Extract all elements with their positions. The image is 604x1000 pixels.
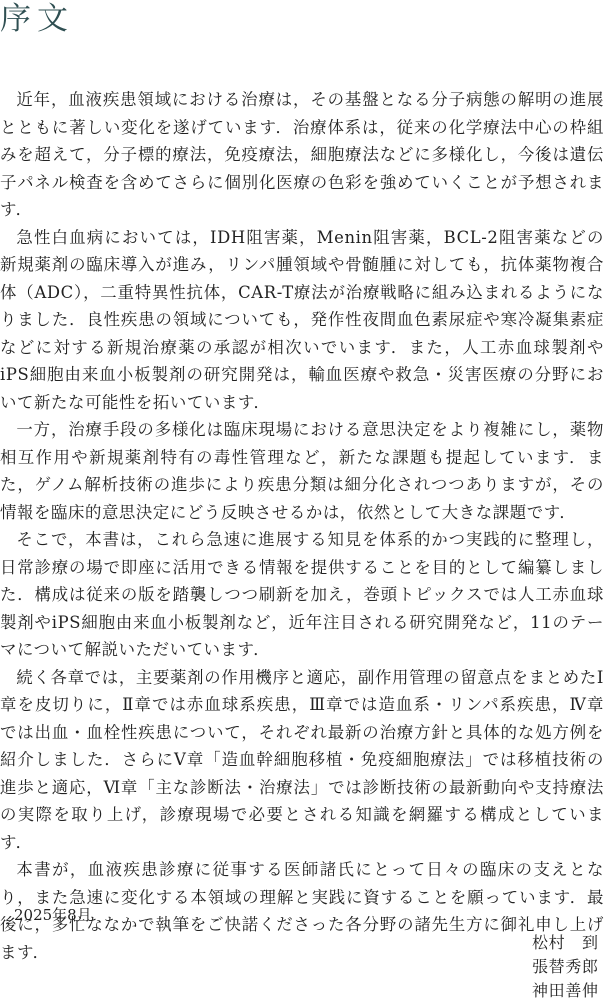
- page-title: 序文: [0, 0, 74, 38]
- paragraph: そこで，本書は，これら急速に進展する知見を体系的かつ実践的に整理し，日常診療の場…: [0, 526, 604, 664]
- paragraph: 近年，血液疾患領域における治療は，その基盤となる分子病態の解明の進展とともに著し…: [0, 86, 604, 224]
- paragraph: 急性白血病においては，IDH阻害薬，Menin阻害薬，BCL-2阻害薬などの新規…: [0, 224, 604, 417]
- paragraph: 一方，治療手段の多様化は臨床現場における意思決定をより複雑にし，薬物相互作用や新…: [0, 416, 604, 526]
- author-signatures: 松村 到 張替秀郎 神田善伸: [532, 931, 598, 1000]
- author-name: 松村 到: [532, 931, 598, 955]
- author-name: 神田善伸: [532, 979, 598, 1000]
- preface-date: 2025年8月: [14, 904, 92, 926]
- preface-body: 近年，血液疾患領域における治療は，その基盤となる分子病態の解明の進展とともに著し…: [0, 86, 604, 966]
- author-name: 張替秀郎: [532, 955, 598, 979]
- paragraph: 続く各章では，主要薬剤の作用機序と適応，副作用管理の留意点をまとめたⅠ章を皮切り…: [0, 664, 604, 857]
